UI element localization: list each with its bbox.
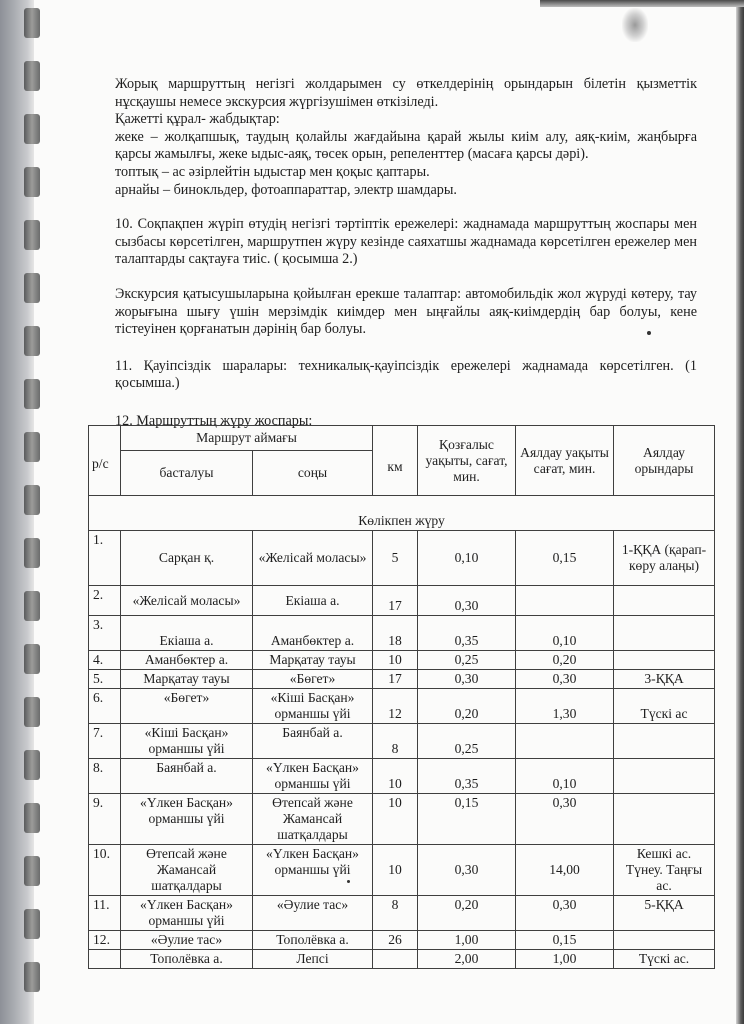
cell-move: 0,35 [418, 616, 516, 651]
table-row: 4.Аманбөктер а.Марқатау тауы100,250,20 [89, 651, 715, 670]
cell-place: Кешкі ас. Түнеу. Таңғы ас. [614, 845, 715, 896]
cell-number: 3. [89, 616, 121, 651]
cell-km: 10 [373, 759, 418, 794]
binding-ring [24, 379, 40, 409]
cell-end: «Үлкен Басқан» орманшы үйі [253, 845, 373, 896]
header-km: км [373, 426, 418, 496]
cell-start: Тополёвка а. [121, 950, 253, 969]
binding-ring [24, 697, 40, 727]
cell-end: «Желісай моласы» [253, 531, 373, 586]
table-row: 3.Екіаша а.Аманбөктер а.180,350,10 [89, 616, 715, 651]
cell-end: Екіаша а. [253, 586, 373, 616]
cell-number: 12. [89, 931, 121, 950]
header-stop-places: Аялдау орындары [614, 426, 715, 496]
cell-move: 0,20 [418, 689, 516, 724]
cell-place: 1-ҚҚА (қарап-көру алаңы) [614, 531, 715, 586]
cell-stop: 14,00 [516, 845, 614, 896]
cell-start: «Үлкен Басқан» орманшы үйі [121, 896, 253, 931]
cell-km: 8 [373, 896, 418, 931]
cell-stop: 0,10 [516, 616, 614, 651]
cell-number: 2. [89, 586, 121, 616]
cell-start: «Әулие тас» [121, 931, 253, 950]
table-row: 7.«Кіші Басқан» орманшы үйіБаянбай а.80,… [89, 724, 715, 759]
table-row: Тополёвка а.Лепсі2,001,00Түскі ас. [89, 950, 715, 969]
binding-ring [24, 644, 40, 674]
cell-start: «Кіші Басқан» орманшы үйі [121, 724, 253, 759]
header-end: соңы [253, 451, 373, 496]
cell-start: Аманбөктер а. [121, 651, 253, 670]
cell-end: «Әулие тас» [253, 896, 373, 931]
paragraph-guide: Жорық маршруттың негізгі жолдарымен су ө… [115, 76, 697, 111]
cell-end: Өтепсай және Жамансай шатқалдары [253, 794, 373, 845]
table-row: 9.«Үлкен Басқан» орманшы үйіӨтепсай және… [89, 794, 715, 845]
table-row: 8.Баянбай а.«Үлкен Басқан» орманшы үйі10… [89, 759, 715, 794]
cell-place [614, 794, 715, 845]
table-row: 11.«Үлкен Басқан» орманшы үйі«Әулие тас»… [89, 896, 715, 931]
cell-km: 10 [373, 794, 418, 845]
cell-move: 1,00 [418, 931, 516, 950]
cell-stop: 1,30 [516, 689, 614, 724]
cell-stop: 0,10 [516, 759, 614, 794]
cell-place [614, 759, 715, 794]
cell-place [614, 616, 715, 651]
cell-km: 18 [373, 616, 418, 651]
cell-start: Сарқан қ. [121, 531, 253, 586]
paragraph-safety: 11. Қауіпсіздік шаралары: техникалық-қау… [115, 358, 697, 393]
cell-km: 5 [373, 531, 418, 586]
binding-ring [24, 61, 40, 91]
cell-place: Түскі ас. [614, 950, 715, 969]
table-row: 1.Сарқан қ.«Желісай моласы»50,100,151-ҚҚ… [89, 531, 715, 586]
binding-ring [24, 962, 40, 992]
cell-start: Екіаша а. [121, 616, 253, 651]
binding-ring [24, 167, 40, 197]
cell-number: 9. [89, 794, 121, 845]
cell-stop: 0,30 [516, 896, 614, 931]
cell-move: 0,30 [418, 670, 516, 689]
cell-move: 0,30 [418, 586, 516, 616]
binding-ring [24, 538, 40, 568]
cell-start: «Бөгет» [121, 689, 253, 724]
cell-number: 8. [89, 759, 121, 794]
binding-ring [24, 432, 40, 462]
cell-move: 0,25 [418, 651, 516, 670]
cell-place [614, 651, 715, 670]
cell-stop: 0,20 [516, 651, 614, 670]
cell-number: 10. [89, 845, 121, 896]
binding-ring [24, 803, 40, 833]
cell-km: 17 [373, 670, 418, 689]
scan-smudge [622, 8, 648, 42]
cell-stop: 0,30 [516, 794, 614, 845]
cell-place: 5-ҚҚА [614, 896, 715, 931]
cell-place [614, 724, 715, 759]
cell-number: 7. [89, 724, 121, 759]
paragraph-trail-rules: 10. Соқпақпен жүріп өтудің негізгі тәрті… [115, 216, 697, 269]
cell-end: Аманбөктер а. [253, 616, 373, 651]
header-movement-time: Қозғалыс уақыты, сағат, мин. [418, 426, 516, 496]
header-stop-time: Аялдау уақыты сағат, мин. [516, 426, 614, 496]
binding-ring [24, 114, 40, 144]
cell-move: 0,30 [418, 845, 516, 896]
cell-move: 0,10 [418, 531, 516, 586]
cell-end: «Үлкен Басқан» орманшы үйі [253, 759, 373, 794]
route-plan-table: р/с Маршрут аймағы км Қозғалыс уақыты, с… [88, 425, 715, 969]
table-row: 2.«Желісай моласы»Екіаша а.170,30 [89, 586, 715, 616]
binding-ring [24, 856, 40, 886]
cell-start: Марқатау тауы [121, 670, 253, 689]
page-edge [736, 0, 744, 1024]
cell-stop: 0,30 [516, 670, 614, 689]
binding-ring [24, 909, 40, 939]
binding-ring [24, 220, 40, 250]
table-row: 6.«Бөгет»«Кіші Басқан» орманшы үйі120,20… [89, 689, 715, 724]
cell-end: Баянбай а. [253, 724, 373, 759]
cell-number: 5. [89, 670, 121, 689]
header-route-zone: Маршрут аймағы [121, 426, 373, 451]
paragraph-special-requirements: Экскурсия қатысушыларына қойылған ерекше… [115, 286, 697, 339]
binding-ring [24, 273, 40, 303]
cell-number: 1. [89, 531, 121, 586]
cell-end: Тополёвка а. [253, 931, 373, 950]
paragraph-group-equipment: топтық – ас әзірлейтін ыдыстар мен қоқыс… [115, 164, 697, 182]
paragraph-special-equipment: арнайы – бинокльдер, фотоаппараттар, эле… [115, 182, 697, 200]
cell-move: 0,20 [418, 896, 516, 931]
table-row: 5.Марқатау тауы«Бөгет»170,300,303-ҚҚА [89, 670, 715, 689]
cell-stop [516, 724, 614, 759]
cell-place [614, 931, 715, 950]
document-body: Жорық маршруттың негізгі жолдарымен су ө… [115, 76, 697, 431]
header-start: басталуы [121, 451, 253, 496]
cell-move: 0,35 [418, 759, 516, 794]
page-edge-top [540, 0, 744, 7]
table-row: 10.Өтепсай және Жамансай шатқалдары«Үлке… [89, 845, 715, 896]
cell-end: Лепсі [253, 950, 373, 969]
cell-km: 8 [373, 724, 418, 759]
cell-move: 0,15 [418, 794, 516, 845]
header-number: р/с [89, 426, 121, 496]
cell-km: 10 [373, 651, 418, 670]
paragraph-equipment-heading: Қажетті құрал- жабдықтар: [115, 111, 697, 129]
paragraph-personal-equipment: жеке – жолқапшық, таудың қолайлы жағдайы… [115, 129, 697, 164]
section-row-by-vehicle: Көлікпен жүру [89, 496, 715, 531]
cell-number [89, 950, 121, 969]
cell-number: 4. [89, 651, 121, 670]
binding-ring [24, 750, 40, 780]
cell-number: 11. [89, 896, 121, 931]
cell-place: 3-ҚҚА [614, 670, 715, 689]
cell-end: «Кіші Басқан» орманшы үйі [253, 689, 373, 724]
cell-end: «Бөгет» [253, 670, 373, 689]
cell-start: Баянбай а. [121, 759, 253, 794]
table-row: 12.«Әулие тас»Тополёвка а.261,000,15 [89, 931, 715, 950]
cell-stop: 1,00 [516, 950, 614, 969]
cell-place: Түскі ас [614, 689, 715, 724]
cell-place [614, 586, 715, 616]
binding-ring [24, 8, 40, 38]
cell-km: 10 [373, 845, 418, 896]
cell-km: 26 [373, 931, 418, 950]
cell-end: Марқатау тауы [253, 651, 373, 670]
cell-start: «Үлкен Басқан» орманшы үйі [121, 794, 253, 845]
cell-stop [516, 586, 614, 616]
cell-km [373, 950, 418, 969]
cell-move: 2,00 [418, 950, 516, 969]
binding-ring [24, 591, 40, 621]
cell-start: Өтепсай және Жамансай шатқалдары [121, 845, 253, 896]
cell-number: 6. [89, 689, 121, 724]
cell-move: 0,25 [418, 724, 516, 759]
binding-ring [24, 326, 40, 356]
cell-start: «Желісай моласы» [121, 586, 253, 616]
binding-ring [24, 485, 40, 515]
cell-stop: 0,15 [516, 931, 614, 950]
cell-km: 17 [373, 586, 418, 616]
cell-km: 12 [373, 689, 418, 724]
cell-stop: 0,15 [516, 531, 614, 586]
